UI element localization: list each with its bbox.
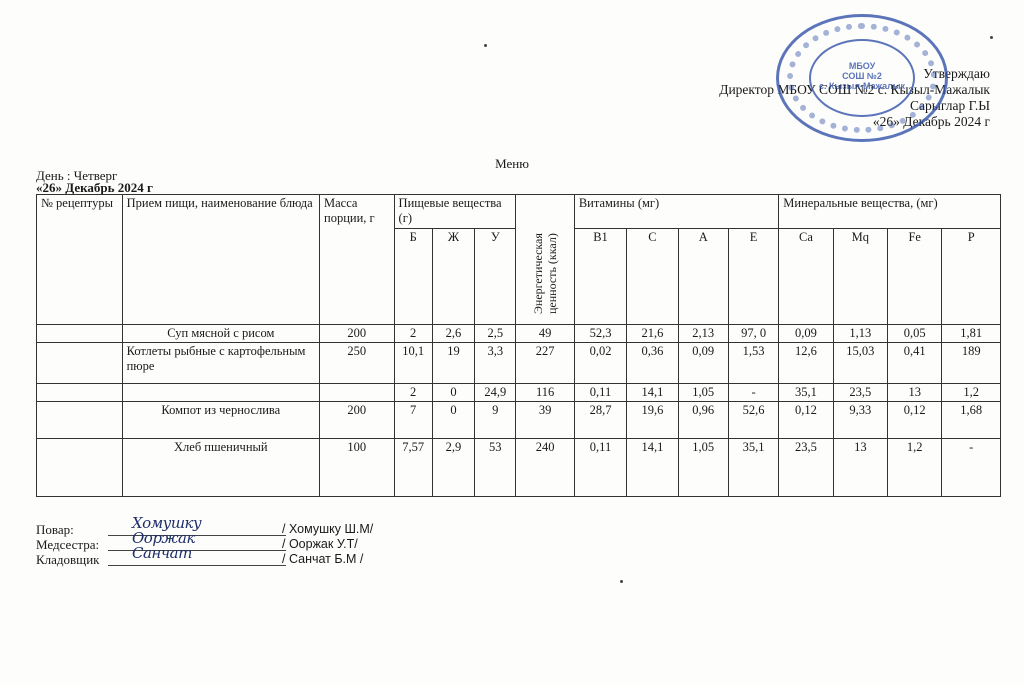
header-e: E <box>728 229 778 325</box>
signature-role: Медсестра: <box>36 537 99 552</box>
cell-mg: 13 <box>833 439 887 497</box>
cell-mg: 1,13 <box>833 325 887 343</box>
cell-a: 1,05 <box>678 384 728 402</box>
header-vitamins: Витамины (мг) <box>574 195 778 229</box>
cell-recipe-no <box>37 384 123 402</box>
cell-zh: 0 <box>432 402 474 439</box>
table-row: Котлеты рыбные с картофельным пюре25010,… <box>37 343 1001 384</box>
cell-mass <box>320 384 395 402</box>
header-carbs: У <box>475 229 516 325</box>
cell-b: 2 <box>394 384 432 402</box>
cell-recipe-no <box>37 439 123 497</box>
cell-dish: Суп мясной с рисом <box>122 325 319 343</box>
cell-dish: Компот из чернослива <box>122 402 319 439</box>
header-fe: Fe <box>888 229 942 325</box>
scan-dot <box>990 36 993 39</box>
handwritten-signature: Санчат <box>132 546 192 561</box>
header-c: C <box>627 229 678 325</box>
cell-b1: 28,7 <box>574 402 626 439</box>
stamp-line: СОШ №2 <box>779 71 945 81</box>
header-recipe-no: № рецептуры <box>37 195 123 325</box>
cell-a: 1,05 <box>678 439 728 497</box>
cell-b1: 0,11 <box>574 384 626 402</box>
cell-c: 14,1 <box>627 384 678 402</box>
cell-energy: 227 <box>516 343 574 384</box>
cell-u: 3,3 <box>475 343 516 384</box>
cell-mass: 100 <box>320 439 395 497</box>
cell-fe: 0,05 <box>888 325 942 343</box>
cell-recipe-no <box>37 402 123 439</box>
cell-b: 7 <box>394 402 432 439</box>
cell-fe: 0,41 <box>888 343 942 384</box>
cell-mass: 250 <box>320 343 395 384</box>
cell-b: 7,57 <box>394 439 432 497</box>
cell-zh: 2,6 <box>432 325 474 343</box>
cell-ca: 23,5 <box>779 439 833 497</box>
cell-b1: 0,02 <box>574 343 626 384</box>
cell-p: - <box>942 439 1001 497</box>
header-nutrients: Пищевые вещества (г) <box>394 195 516 229</box>
cell-c: 14,1 <box>627 439 678 497</box>
table-row: Хлеб пшеничный1007,572,9532400,1114,11,0… <box>37 439 1001 497</box>
header-mass: Масса порции, г <box>320 195 395 325</box>
table-row: Суп мясной с рисом20022,62,54952,321,62,… <box>37 325 1001 343</box>
cell-u: 9 <box>475 402 516 439</box>
menu-table: № рецептуры Прием пищи, наименование блю… <box>36 194 1001 497</box>
page-title: Меню <box>0 156 1024 172</box>
cell-p: 189 <box>942 343 1001 384</box>
cell-e: 52,6 <box>728 402 778 439</box>
header-dish: Прием пищи, наименование блюда <box>122 195 319 325</box>
menu-table-body: Суп мясной с рисом20022,62,54952,321,62,… <box>37 325 1001 497</box>
signature-name: / Ооржак У.Т/ <box>282 537 358 552</box>
cell-fe: 13 <box>888 384 942 402</box>
header-fat: Ж <box>432 229 474 325</box>
signature-line <box>108 565 286 566</box>
table-row: 2024,91160,1114,11,05-35,123,5131,2 <box>37 384 1001 402</box>
table-row: Компот из чернослива2007093928,719,60,96… <box>37 402 1001 439</box>
cell-dish: Котлеты рыбные с картофельным пюре <box>122 343 319 384</box>
cell-ca: 0,09 <box>779 325 833 343</box>
cell-e: - <box>728 384 778 402</box>
cell-energy: 39 <box>516 402 574 439</box>
cell-recipe-no <box>37 325 123 343</box>
header-energy-text: Энергетическая ценность (ккал) <box>531 196 559 314</box>
signature-role: Кладовщик <box>36 552 99 567</box>
stamp-line: с. Кызыл-Мажалык <box>779 81 945 91</box>
cell-ca: 12,6 <box>779 343 833 384</box>
cell-zh: 0 <box>432 384 474 402</box>
cell-e: 1,53 <box>728 343 778 384</box>
header-energy: Энергетическая ценность (ккал) <box>516 195 574 325</box>
cell-c: 0,36 <box>627 343 678 384</box>
cell-b1: 52,3 <box>574 325 626 343</box>
cell-b1: 0,11 <box>574 439 626 497</box>
header-protein: Б <box>394 229 432 325</box>
scan-dot <box>484 44 487 47</box>
cell-recipe-no <box>37 343 123 384</box>
cell-u: 53 <box>475 439 516 497</box>
cell-ca: 35,1 <box>779 384 833 402</box>
cell-b: 2 <box>394 325 432 343</box>
cell-c: 21,6 <box>627 325 678 343</box>
signature-name: / Санчат Б.М / <box>282 552 363 567</box>
cell-p: 1,81 <box>942 325 1001 343</box>
stamp-center-text: МБОУ СОШ №2 с. Кызыл-Мажалык <box>779 61 945 91</box>
cell-mg: 15,03 <box>833 343 887 384</box>
cell-a: 0,09 <box>678 343 728 384</box>
scan-dot <box>620 580 623 583</box>
signature-name: / Хомушку Ш.М/ <box>282 522 373 537</box>
cell-a: 2,13 <box>678 325 728 343</box>
cell-energy: 49 <box>516 325 574 343</box>
header-minerals: Минеральные вещества, (мг) <box>779 195 1001 229</box>
cell-p: 1,68 <box>942 402 1001 439</box>
cell-fe: 1,2 <box>888 439 942 497</box>
header-row: № рецептуры Прием пищи, наименование блю… <box>37 195 1001 229</box>
cell-mass: 200 <box>320 325 395 343</box>
stamp-line: МБОУ <box>779 61 945 71</box>
cell-b: 10,1 <box>394 343 432 384</box>
cell-c: 19,6 <box>627 402 678 439</box>
cell-p: 1,2 <box>942 384 1001 402</box>
cell-mg: 23,5 <box>833 384 887 402</box>
cell-e: 35,1 <box>728 439 778 497</box>
signature-role: Повар: <box>36 522 74 537</box>
cell-energy: 240 <box>516 439 574 497</box>
cell-e: 97, 0 <box>728 325 778 343</box>
header-b1: B1 <box>574 229 626 325</box>
official-stamp: МБОУ СОШ №2 с. Кызыл-Мажалык <box>776 14 948 142</box>
cell-a: 0,96 <box>678 402 728 439</box>
cell-dish: Хлеб пшеничный <box>122 439 319 497</box>
cell-mg: 9,33 <box>833 402 887 439</box>
cell-mass: 200 <box>320 402 395 439</box>
header-p: P <box>942 229 1001 325</box>
cell-u: 2,5 <box>475 325 516 343</box>
header-mg: Mq <box>833 229 887 325</box>
cell-energy: 116 <box>516 384 574 402</box>
cell-ca: 0,12 <box>779 402 833 439</box>
cell-zh: 2,9 <box>432 439 474 497</box>
cell-u: 24,9 <box>475 384 516 402</box>
header-a: A <box>678 229 728 325</box>
cell-dish <box>122 384 319 402</box>
header-ca: Ca <box>779 229 833 325</box>
cell-zh: 19 <box>432 343 474 384</box>
cell-fe: 0,12 <box>888 402 942 439</box>
